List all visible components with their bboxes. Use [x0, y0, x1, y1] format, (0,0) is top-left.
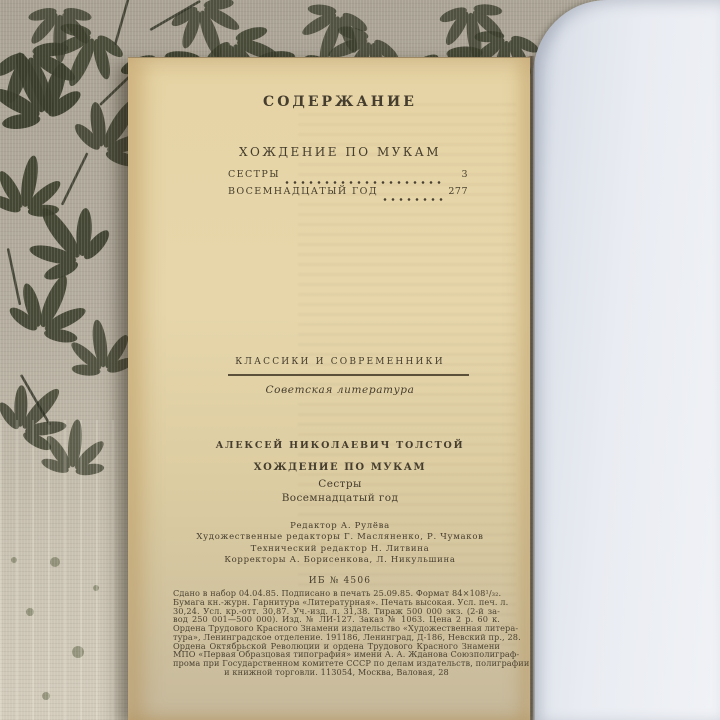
toc-section-title: ХОЖДЕНИЕ ПО МУКАМ	[139, 145, 541, 159]
book-title: ХОЖДЕНИЕ ПО МУКАМ	[139, 462, 541, 473]
toc-entry: ВОСЕМНАДЦАТЫЙ ГОД 277	[228, 186, 468, 203]
toc-heading: СОДЕРЖАНИЕ	[139, 94, 541, 110]
dot-leader	[285, 181, 443, 184]
book-page: СОДЕРЖАНИЕ ХОЖДЕНИЕ ПО МУКАМ СЕСТРЫ 3 ВО…	[128, 57, 530, 720]
staff-editor: Редактор А. Рулёва	[139, 521, 541, 532]
ib-number: ИБ № 4506	[139, 576, 541, 586]
editorial-staff: Редактор А. Рулёва Художественные редакт…	[139, 521, 541, 567]
toc-entry-page: 3	[448, 169, 468, 180]
dot-leader	[383, 198, 443, 201]
toc-entries: СЕСТРЫ 3 ВОСЕМНАДЦАТЫЙ ГОД 277	[228, 169, 468, 203]
book-part-2: Восемнадцатый год	[139, 492, 541, 504]
book-photo: СОДЕРЖАНИЕ ХОЖДЕНИЕ ПО МУКАМ СЕСТРЫ 3 ВО…	[0, 0, 720, 720]
toc-entry-page: 277	[448, 186, 468, 197]
staff-art-editors: Художественные редакторы Г. Масляненко, …	[139, 532, 541, 543]
series-name: КЛАССИКИ И СОВРЕМЕННИКИ	[139, 357, 541, 367]
series-subtitle: Советская литература	[139, 384, 541, 396]
imprint-block: Сдано в набор 04.04.85. Подписано в печа…	[173, 589, 500, 677]
toc-entry-label: ВОСЕМНАДЦАТЫЙ ГОД	[228, 186, 378, 197]
series-divider-rule	[228, 374, 469, 376]
toc-entry-label: СЕСТРЫ	[228, 169, 280, 180]
staff-tech-editor: Технический редактор Н. Литвина	[139, 544, 541, 555]
author-name: АЛЕКСЕЙ НИКОЛАЕВИЧ ТОЛСТОЙ	[139, 440, 541, 451]
staff-proofreaders: Корректоры А. Борисенкова, Л. Никульшина	[139, 555, 541, 566]
turned-flyleaf-page	[533, 0, 720, 720]
toc-entry: СЕСТРЫ 3	[228, 169, 468, 186]
book-part-1: Сестры	[139, 478, 541, 490]
imprint-line: и книжной торговли. 113054, Москва, Вало…	[173, 668, 500, 677]
